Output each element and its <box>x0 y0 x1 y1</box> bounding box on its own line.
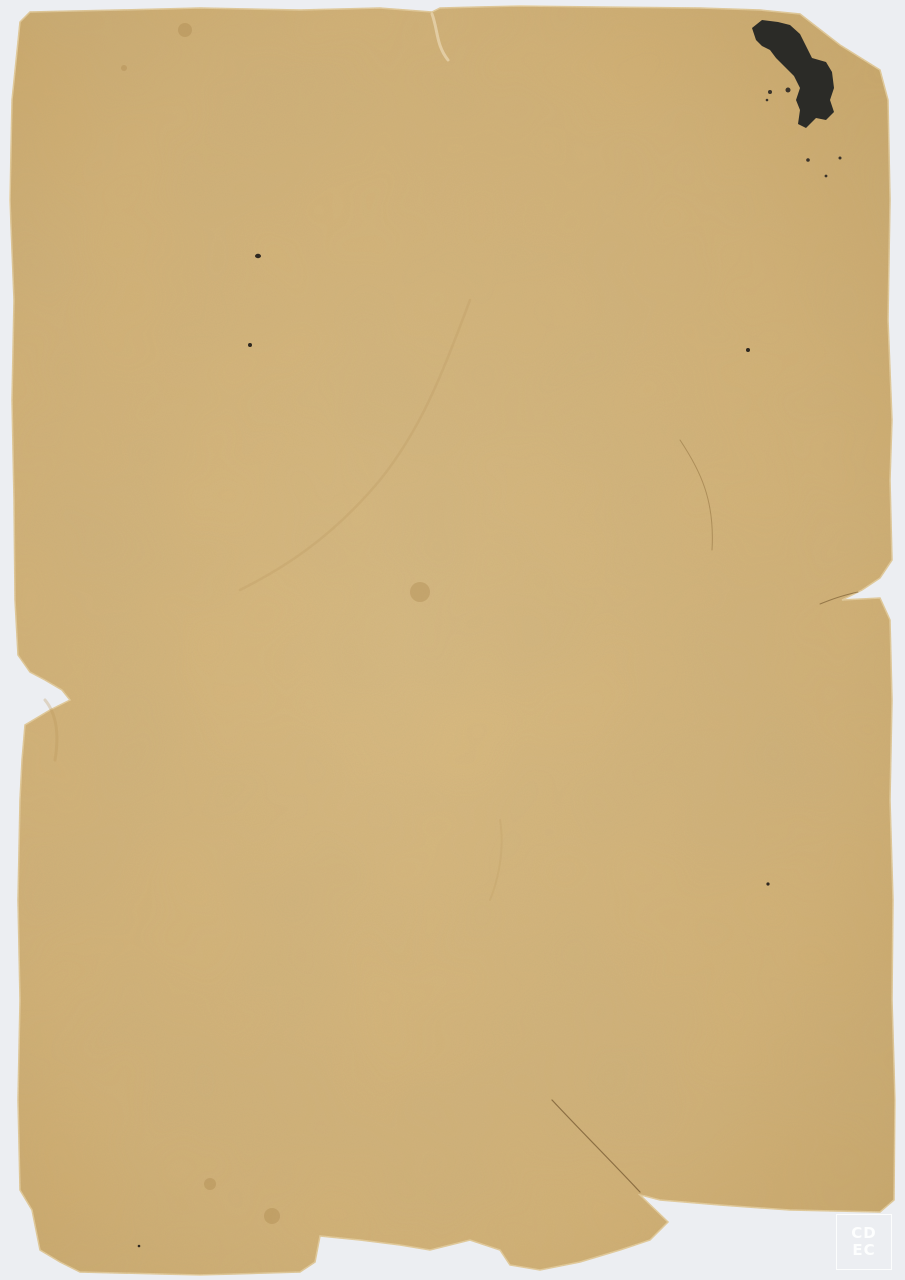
paper-texture <box>10 6 895 1275</box>
watermark-logo: CD EC <box>836 1214 892 1270</box>
paper-scene <box>0 0 905 1280</box>
watermark-line2: EC <box>852 1242 875 1259</box>
watermark-line1: CD <box>851 1225 876 1242</box>
